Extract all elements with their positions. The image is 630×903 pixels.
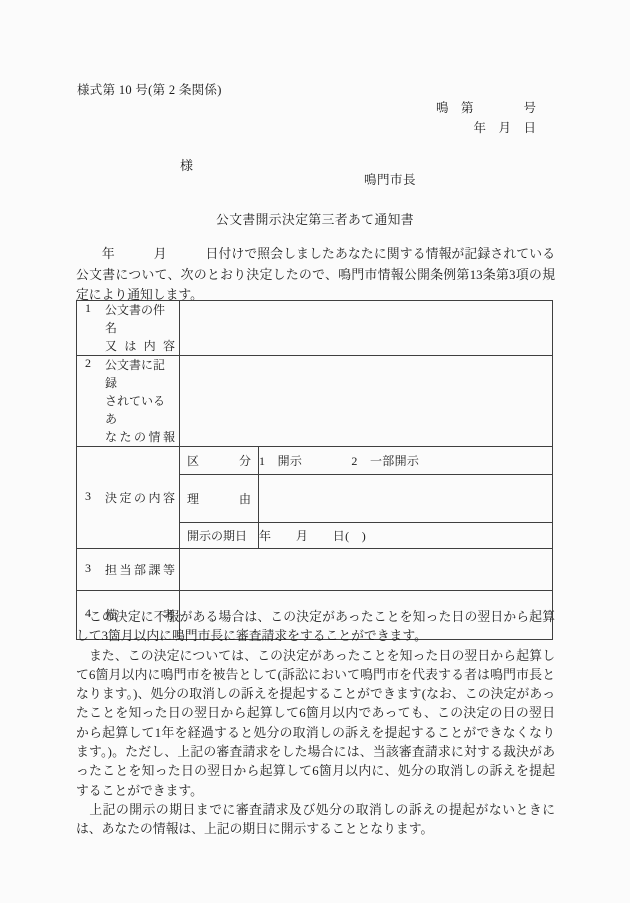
- note-appeal: この決定に不服がある場合は、この決定があったことを知った日の翌日から起算して3箇…: [76, 608, 555, 647]
- row-number: 3: [85, 489, 105, 504]
- note-lawsuit: また、この決定については、この決定があったことを知った日の翌日から起算して6箇月…: [76, 647, 555, 801]
- form-number: 様式第 10 号(第 2 条関係): [77, 80, 222, 98]
- document-number-line: 鳴 第 号: [436, 99, 536, 119]
- disclosure-decision-table: 1 公文書の件名 又は内容 2 公文書に記録 されているあ なたの情報: [76, 300, 553, 640]
- label-document-name: 1 公文書の件名 又は内容: [77, 301, 180, 356]
- value-document-name: [180, 301, 553, 356]
- value-department: [180, 549, 553, 591]
- document-page: 様式第 10 号(第 2 条関係) 鳴 第 号 年 月 日 様 鳴門市長 公文書…: [0, 0, 630, 903]
- value-category-options: 1 開示 2 一部開示: [259, 447, 553, 475]
- row-number: 1: [85, 301, 105, 316]
- document-title: 公文書開示決定第三者あて通知書: [0, 209, 630, 228]
- notes-block: この決定に不服がある場合は、この決定があったことを知った日の翌日から起算して3箇…: [76, 608, 555, 840]
- label-reason: 理由: [180, 475, 259, 523]
- value-reason: [259, 475, 553, 523]
- label-category: 区分: [180, 447, 259, 475]
- label-decision-content: 3 決定の内容: [77, 447, 180, 549]
- date-line: 年 月 日: [436, 119, 536, 139]
- note-disclosure-schedule: 上記の開示の期日までに審査請求及び処分の取消しの訴えの提起がないときには、あなた…: [76, 801, 555, 840]
- intro-paragraph: 年 月 日付けで照会しましたあなたに関する情報が記録されている公文書について、次…: [76, 244, 555, 306]
- row-number: 3: [85, 561, 105, 576]
- label-disclosure-date: 開示の期日: [180, 523, 259, 549]
- document-number-block: 鳴 第 号 年 月 日: [436, 99, 536, 138]
- row-document-name: 1 公文書の件名 又は内容: [77, 301, 553, 356]
- addressee-suffix: 様: [180, 155, 193, 174]
- row-number: 2: [85, 356, 105, 371]
- label-department: 3 担当部課等: [77, 549, 180, 591]
- value-disclosure-date: 年 月 日( ): [259, 523, 553, 549]
- label-your-information: 2 公文書に記録 されているあ なたの情報: [77, 356, 180, 447]
- row-department: 3 担当部課等: [77, 549, 553, 591]
- sender-name: 鳴門市長: [364, 170, 416, 188]
- value-your-information: [180, 356, 553, 447]
- row-decision-category: 3 決定の内容 区分 1 開示 2 一部開示: [77, 447, 553, 475]
- row-your-information: 2 公文書に記録 されているあ なたの情報: [77, 356, 553, 447]
